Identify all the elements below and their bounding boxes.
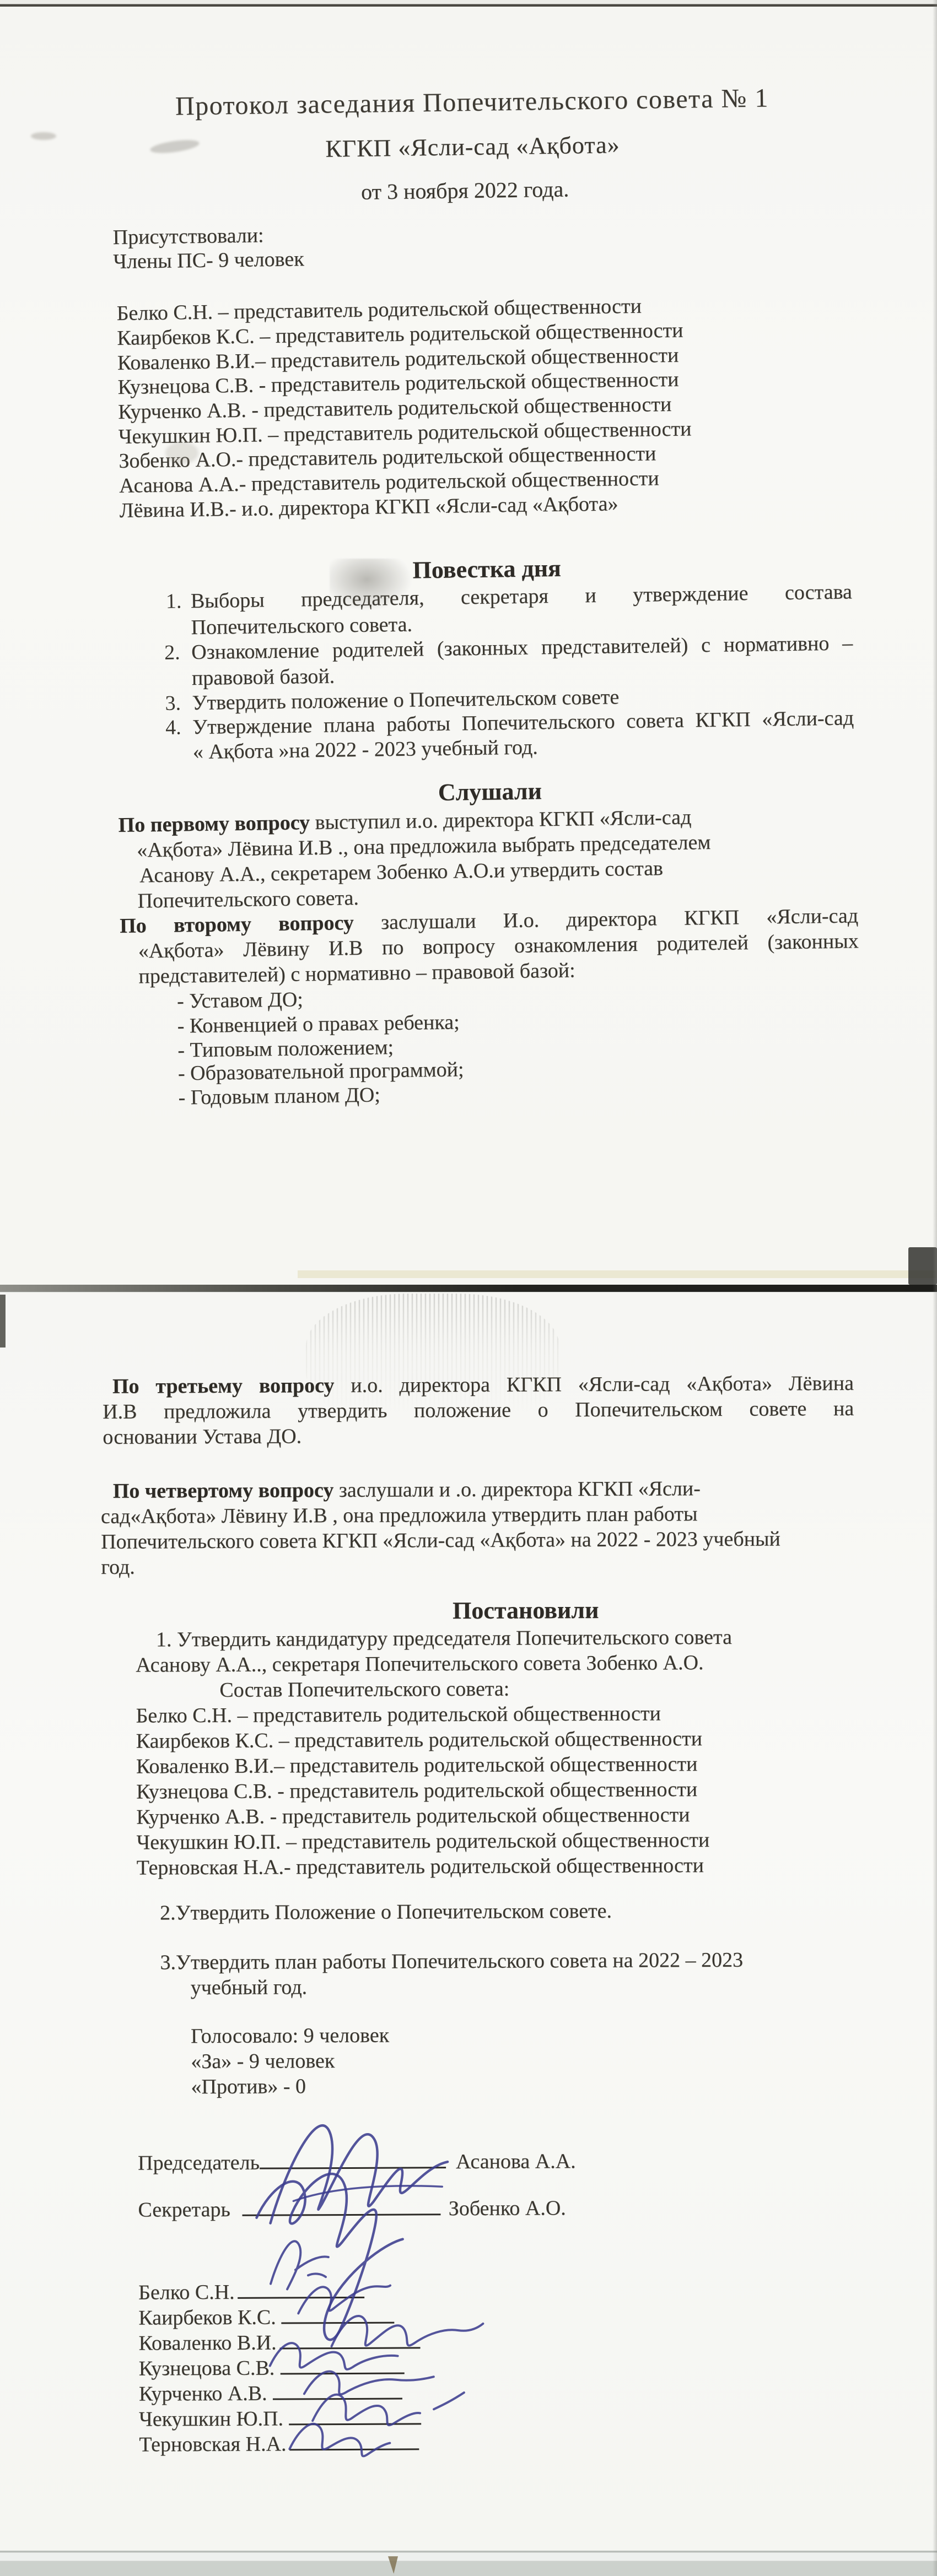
- basis-item: - Образовательной программой;: [178, 1057, 464, 1085]
- document-date: от 3 ноября 2022 года.: [43, 172, 886, 208]
- signer-blank: [238, 2275, 364, 2299]
- chairman-label: Председатель: [138, 2151, 260, 2175]
- question-4-line: По четвертому вопросу заслушали и .о. ди…: [113, 1476, 701, 1503]
- question-1-text: выступил и.о. директора КГКП «Ясли-сад: [310, 806, 692, 835]
- council-member-line: Коваленко В.И.– представитель родительск…: [136, 1752, 698, 1778]
- signer-name: Терновская Н.А.: [139, 2432, 286, 2456]
- question-4-line: Попечительского совета КГКП «Ясли-сад «А…: [101, 1527, 780, 1554]
- question-1-line: Попечительского совета.: [137, 886, 359, 913]
- signer-blank: [280, 2351, 404, 2375]
- question-1-lead: По первому вопросу: [118, 811, 310, 837]
- question-3-line: По третьему вопросу и.о. директора КГКП …: [112, 1371, 854, 1399]
- page-2: По третьему вопросу и.о. директора КГКП …: [0, 1292, 937, 2551]
- agenda-item-line: правовой базой.: [192, 664, 335, 691]
- document-title: Протокол заседания Попечительского совет…: [42, 84, 902, 121]
- basis-item: - Конвенцией о правах ребенка;: [177, 1010, 460, 1038]
- resolved-heading: Постановили: [140, 1597, 912, 1624]
- council-member-line: Каирбеков К.С. – представитель родительс…: [136, 1727, 702, 1753]
- signer-blank: [289, 2401, 421, 2425]
- agenda-item-number: 4.: [165, 715, 181, 739]
- council-member-line: Белко С.Н. – представитель родительской …: [136, 1701, 661, 1728]
- chairman-name: Асанова А.А.: [456, 2149, 576, 2174]
- agenda-item-number: 1.: [166, 589, 182, 613]
- page-1: Протокол заседания Попечительского совет…: [0, 7, 937, 1285]
- question-4-lead: По четвертому вопросу: [113, 1479, 334, 1503]
- present-label: Присутствовали:: [112, 223, 263, 250]
- scan-smudge: [330, 559, 412, 611]
- resolution-1-line: 1. Утвердить кандидатуру председателя По…: [156, 1625, 732, 1652]
- basis-item: - Годовым планом ДО;: [178, 1083, 380, 1110]
- question-4-text: заслушали и .о. директора КГКП «Ясли-: [333, 1477, 701, 1502]
- scanner-edge-right: [933, 0, 937, 2576]
- council-member-line: Терновская Н.А.- представитель родительс…: [137, 1853, 704, 1880]
- signer-blank: [282, 2300, 395, 2324]
- voting-total: Голосовало: 9 человек: [191, 2023, 389, 2049]
- agenda-item-line: Попечительского совета.: [191, 613, 412, 640]
- question-3-line: основании Устава ДО.: [103, 1424, 301, 1449]
- question-2-line: представителей) с нормативно – правовой …: [138, 958, 575, 988]
- heard-heading: Слушали: [63, 774, 917, 810]
- secretary-signature-blank: [243, 2191, 441, 2216]
- page-edge-strip: [298, 1270, 937, 1278]
- present-count: Члены ПС- 9 человек: [113, 247, 304, 274]
- secretary-signature-row: Секретарь Зобенко А.О.: [138, 2191, 566, 2222]
- council-member-line: Кузнецова С.В. - представитель родительс…: [136, 1777, 697, 1804]
- signer-blank: [279, 2325, 420, 2349]
- agenda-item-line: Выборы председателя, секретаря и утвержд…: [191, 580, 852, 613]
- basis-item: - Уставом ДО;: [177, 987, 303, 1013]
- question-3-line: И.В предложила утвердить положение о Поп…: [103, 1397, 854, 1424]
- chairman-signature-blank: [260, 2145, 446, 2169]
- agenda-item-number: 2.: [164, 640, 180, 664]
- agenda-item-number: 3.: [165, 691, 181, 715]
- council-member-line: Чекушкин Ю.П. – представитель родительск…: [136, 1828, 709, 1855]
- council-member-line: Курченко А.В. - представитель родительск…: [136, 1803, 690, 1829]
- resolution-3-line: 3.Утвердить план работы Попечительского …: [160, 1948, 743, 1975]
- question-3-lead: По третьему вопросу: [112, 1374, 335, 1398]
- question-4-line: год.: [101, 1555, 135, 1579]
- page-2-content: По третьему вопросу и.о. директора КГКП …: [0, 1290, 937, 2552]
- secretary-label: Секретарь: [138, 2198, 230, 2222]
- page-1-content: Протокол заседания Попечительского совет…: [0, 0, 937, 1291]
- voting-for: «За» - 9 человек: [191, 2049, 335, 2074]
- scanner-edge-bottom: [0, 2551, 937, 2576]
- question-2-lead: По второму вопросу: [120, 911, 354, 938]
- scan-speck: [165, 442, 198, 464]
- secretary-name: Зобенко А.О.: [449, 2196, 566, 2221]
- scan-speck: [31, 132, 56, 140]
- chairman-signature-row: Председатель Асанова А.А.: [138, 2144, 576, 2175]
- voting-against: «Против» - 0: [191, 2074, 306, 2099]
- signer-blank: [272, 2376, 402, 2400]
- question-4-line: сад«Ақбота» Лёвину И.В , она предложила …: [101, 1502, 698, 1529]
- signer-row: Терновская Н.А.: [139, 2426, 419, 2456]
- signer-blank: [289, 2426, 419, 2450]
- council-staff-label: Состав Попечительского совета:: [219, 1677, 509, 1702]
- agenda-item-line: « Ақбота »на 2022 - 2023 учебный год.: [192, 735, 537, 764]
- resolution-3-line: учебный год.: [191, 1975, 308, 2000]
- scanned-document: Протокол заседания Попечительского совет…: [0, 0, 937, 2576]
- question-3-text: и.о. директора КГКП «Ясли-сад «Ақбота» Л…: [334, 1372, 854, 1397]
- resolution-1-line: Асанову А.А.., секретаря Попечительского…: [136, 1650, 704, 1677]
- resolution-2-line: 2.Утвердить Положение о Попечительском с…: [160, 1899, 612, 1925]
